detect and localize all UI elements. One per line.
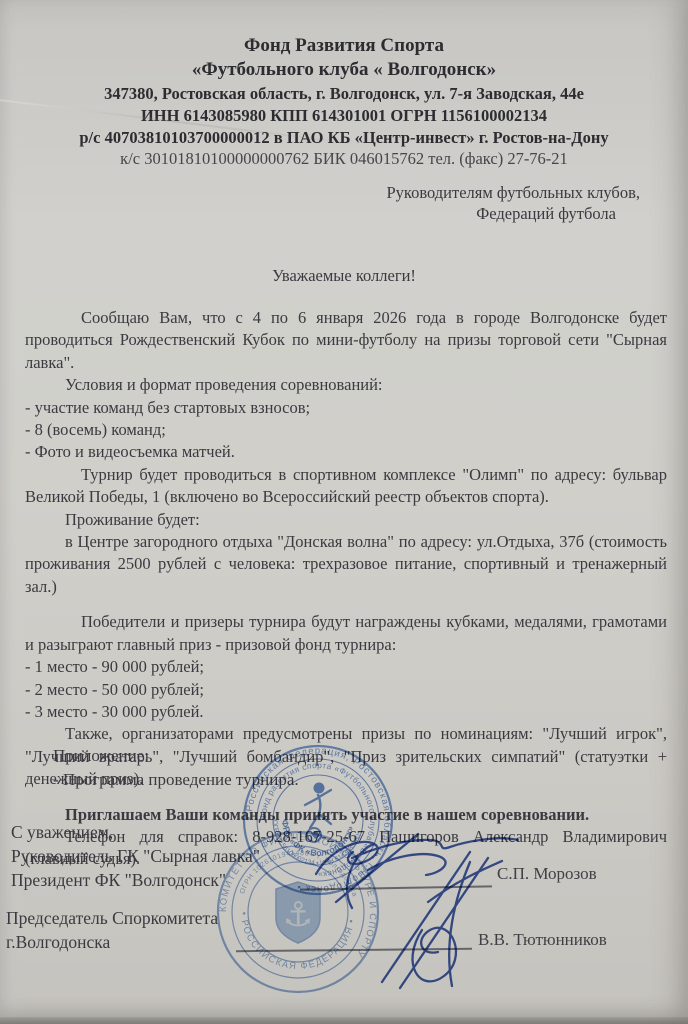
addressee-line2: Федераций футбола <box>0 203 640 224</box>
list-item: - 8 (восемь) команд; <box>25 419 667 441</box>
list-item: - Фото и видеосъемка матчей. <box>25 441 667 463</box>
attachment-block: Приложение: - Программа проведение турни… <box>53 744 299 792</box>
signature-line-1 <box>300 885 492 890</box>
signer1-name: С.П. Морозов <box>497 864 597 884</box>
attachment-label: Приложение: <box>53 744 299 768</box>
body-paragraph: в Центре загородного отдыха "Донская вол… <box>25 531 667 598</box>
signoff-block-2: Председатель Споркомитета г.Волгодонска <box>6 906 218 954</box>
svg-text:• РОССИЙСКАЯ ФЕДЕРАЦИЯ •: • РОССИЙСКАЯ ФЕДЕРАЦИЯ • <box>239 912 357 972</box>
body-paragraph: Победители и призеры турнира будут награ… <box>25 611 667 656</box>
org-codes: ИНН 6143085980 КПП 614301001 ОГРН 115610… <box>0 105 688 126</box>
org-bank-details: к/с 30101810100000000762 БИК 046015762 т… <box>0 148 688 169</box>
body-paragraph: Условия и формат проведения соревнований… <box>25 374 667 396</box>
list-item: - 1 место - 90 000 рублей; <box>25 656 667 678</box>
signer1-role1: Руководитель ГК "Сырная лавка" <box>11 844 260 868</box>
list-item: - 2 место - 50 000 рублей; <box>25 679 667 701</box>
list-item: - 3 место - 30 000 рублей. <box>25 701 667 723</box>
signer2-role-city: г.Волгодонска <box>6 930 218 954</box>
letterhead: Фонд Развития Спорта «Футбольного клуба … <box>0 0 688 169</box>
org-address: 347380, Ростовская область, г. Волгодонс… <box>0 83 688 104</box>
signer1-role2: Президент ФК "Волгодонск" <box>11 868 260 892</box>
addressee-block: Руководителям футбольных клубов, Федерац… <box>0 182 688 224</box>
attachment-item: - Программа проведение турнира. <box>53 768 299 792</box>
list-item: - участие команд без стартовых взносов; <box>25 397 667 419</box>
addressee-line1: Руководителям футбольных клубов, <box>0 182 640 203</box>
salutation: Уважаемые коллеги! <box>0 266 688 286</box>
scanned-letter-page: Фонд Развития Спорта «Футбольного клуба … <box>0 0 688 1024</box>
svg-text:⚓: ⚓ <box>283 896 313 934</box>
signer2-role: Председатель Споркомитета <box>6 906 218 930</box>
signature-tyutyunnikov <box>368 852 502 988</box>
signature-line-2 <box>236 948 472 952</box>
regards-line: С уважением, <box>11 820 260 844</box>
signer2-name: В.В. Тютюнников <box>478 930 607 950</box>
body-paragraph: Турнир будет проводиться в спортивном ко… <box>25 464 667 509</box>
org-name-line1: Фонд Развития Спорта <box>0 34 688 58</box>
signoff-block-1: С уважением, Руководитель ГК "Сырная лав… <box>11 820 260 892</box>
org-bank-account: р/с 40703810103700000012 в ПАО КБ «Центр… <box>0 127 688 148</box>
committee-stamp-ring-bottom-text: • РОССИЙСКАЯ ФЕДЕРАЦИЯ • <box>239 912 357 972</box>
anchor-shield-icon: ⚓ <box>276 882 320 943</box>
body-paragraph: Сообщаю Вам, что с 4 по 6 января 2026 го… <box>25 307 667 374</box>
body-paragraph: Проживание будет: <box>25 509 667 531</box>
org-name-line2: «Футбольного клуба « Волгодонск» <box>0 58 688 82</box>
